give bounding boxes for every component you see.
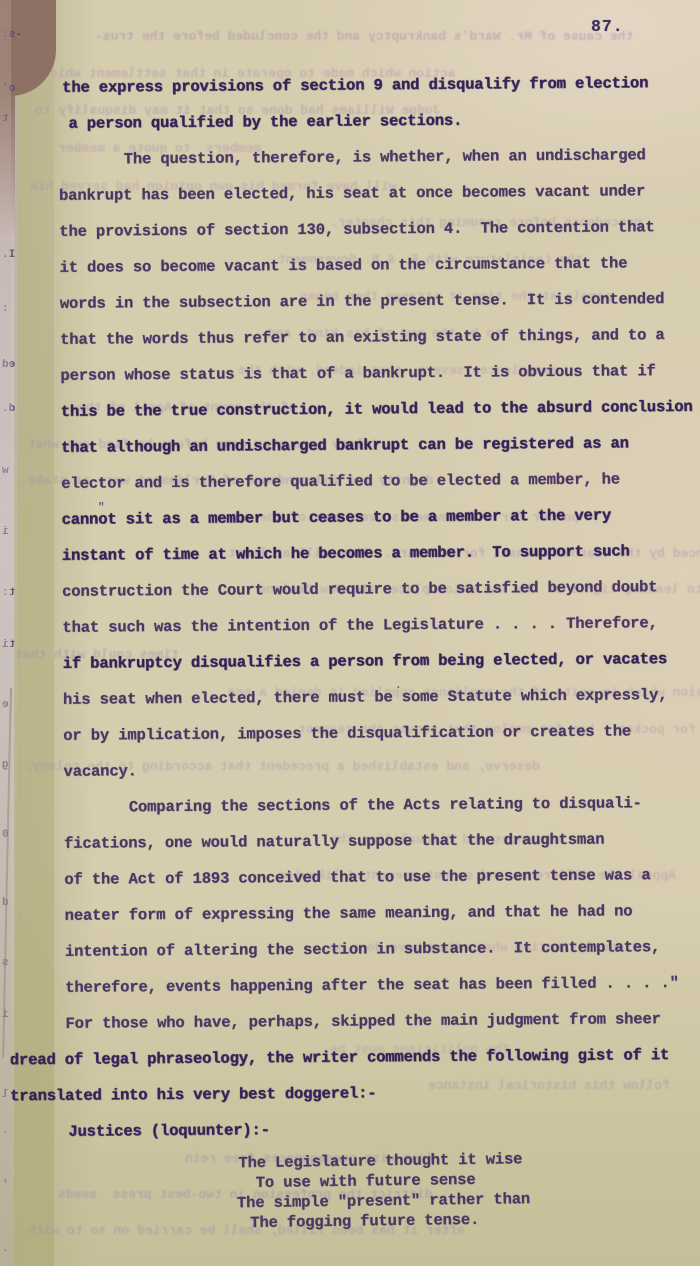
margin-marks-layer: -s:o'tI.:edd.wit:tieg0dsil·'.". xyxy=(0,0,700,1266)
left-edge-veil xyxy=(0,0,11,1266)
margin-mark: . xyxy=(395,681,402,692)
scanned-document-page: the cause of Mr. Ward's bankruptcy and t… xyxy=(0,0,700,1266)
margin-mark: " xyxy=(98,503,105,514)
